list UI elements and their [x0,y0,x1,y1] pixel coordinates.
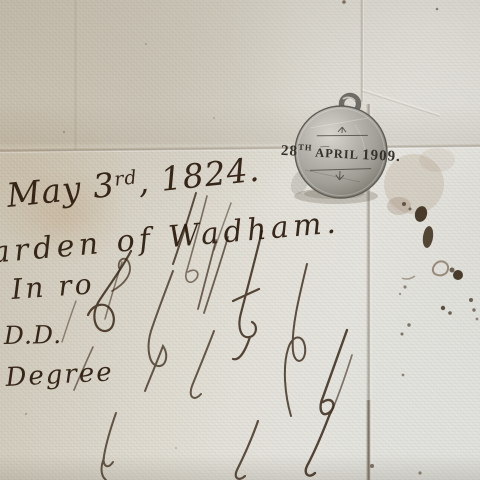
coin-ordinal: TH [298,142,313,153]
ink-speck [469,298,473,302]
coin-charm: 28THAPRIL1909. [280,96,403,205]
coin-day: 28 [281,143,299,160]
ink-speck [450,268,455,273]
paper-freckle [145,43,147,45]
date-line-post: , 1824. [136,150,262,202]
dd-line: D.D. [3,320,63,350]
ink-blot [453,270,463,280]
coin-year: 1909. [362,147,402,165]
photo-of-letter-with-coin: May 3rd, 1824. Warden of Wadham. In ro D… [0,0,480,480]
inro-line: In ro [9,267,95,306]
warden-line: Warden of Wadham. [0,205,341,273]
handwriting-lines: May 3rd, 1824. Warden of Wadham. In ro D… [0,150,341,393]
ink-blot [422,225,435,248]
ink-speck [401,333,404,336]
ink-speck [476,318,479,321]
cross-writing-stroke [102,413,116,480]
cross-writing-stroke [233,231,262,359]
paper-freckle [63,131,65,133]
cross-writing-stroke [306,330,347,476]
ink-speck [407,323,410,326]
tan-smudge [387,197,411,215]
ink-arc-mark [402,276,415,279]
cross-writing-stroke [285,264,307,416]
degree-line: Degree [4,357,114,393]
cross-writing-stroke [191,331,214,398]
date-line-pre: May 3 [4,165,117,215]
cross-writing-stroke [145,271,173,391]
ink-speck [403,285,406,288]
ink-ring-mark [433,261,448,275]
ink-speck [441,306,445,310]
ink-speck [402,374,405,377]
date-line: May 3rd, 1824. [4,150,262,215]
ink-speck [436,8,439,11]
ink-speck [448,311,452,315]
ink-speck [418,471,421,474]
tan-smudge [419,148,455,172]
cross-writing-stroke [62,301,76,342]
ink-speck [342,0,346,4]
ink-speck [399,293,401,295]
coin-month: APRIL [315,146,360,162]
ink-speck [472,308,475,311]
ink-speck [409,208,412,211]
date-line-superscript: rd [113,166,138,190]
paper-freckle [213,117,215,119]
paper-freckle [25,413,27,415]
ink-speck [402,202,406,206]
photo-detail-overlay: May 3rd, 1824. Warden of Wadham. In ro D… [0,0,480,480]
paper-freckle [175,447,177,449]
ink-speck [370,464,374,468]
cross-writing-stroke [236,421,258,479]
